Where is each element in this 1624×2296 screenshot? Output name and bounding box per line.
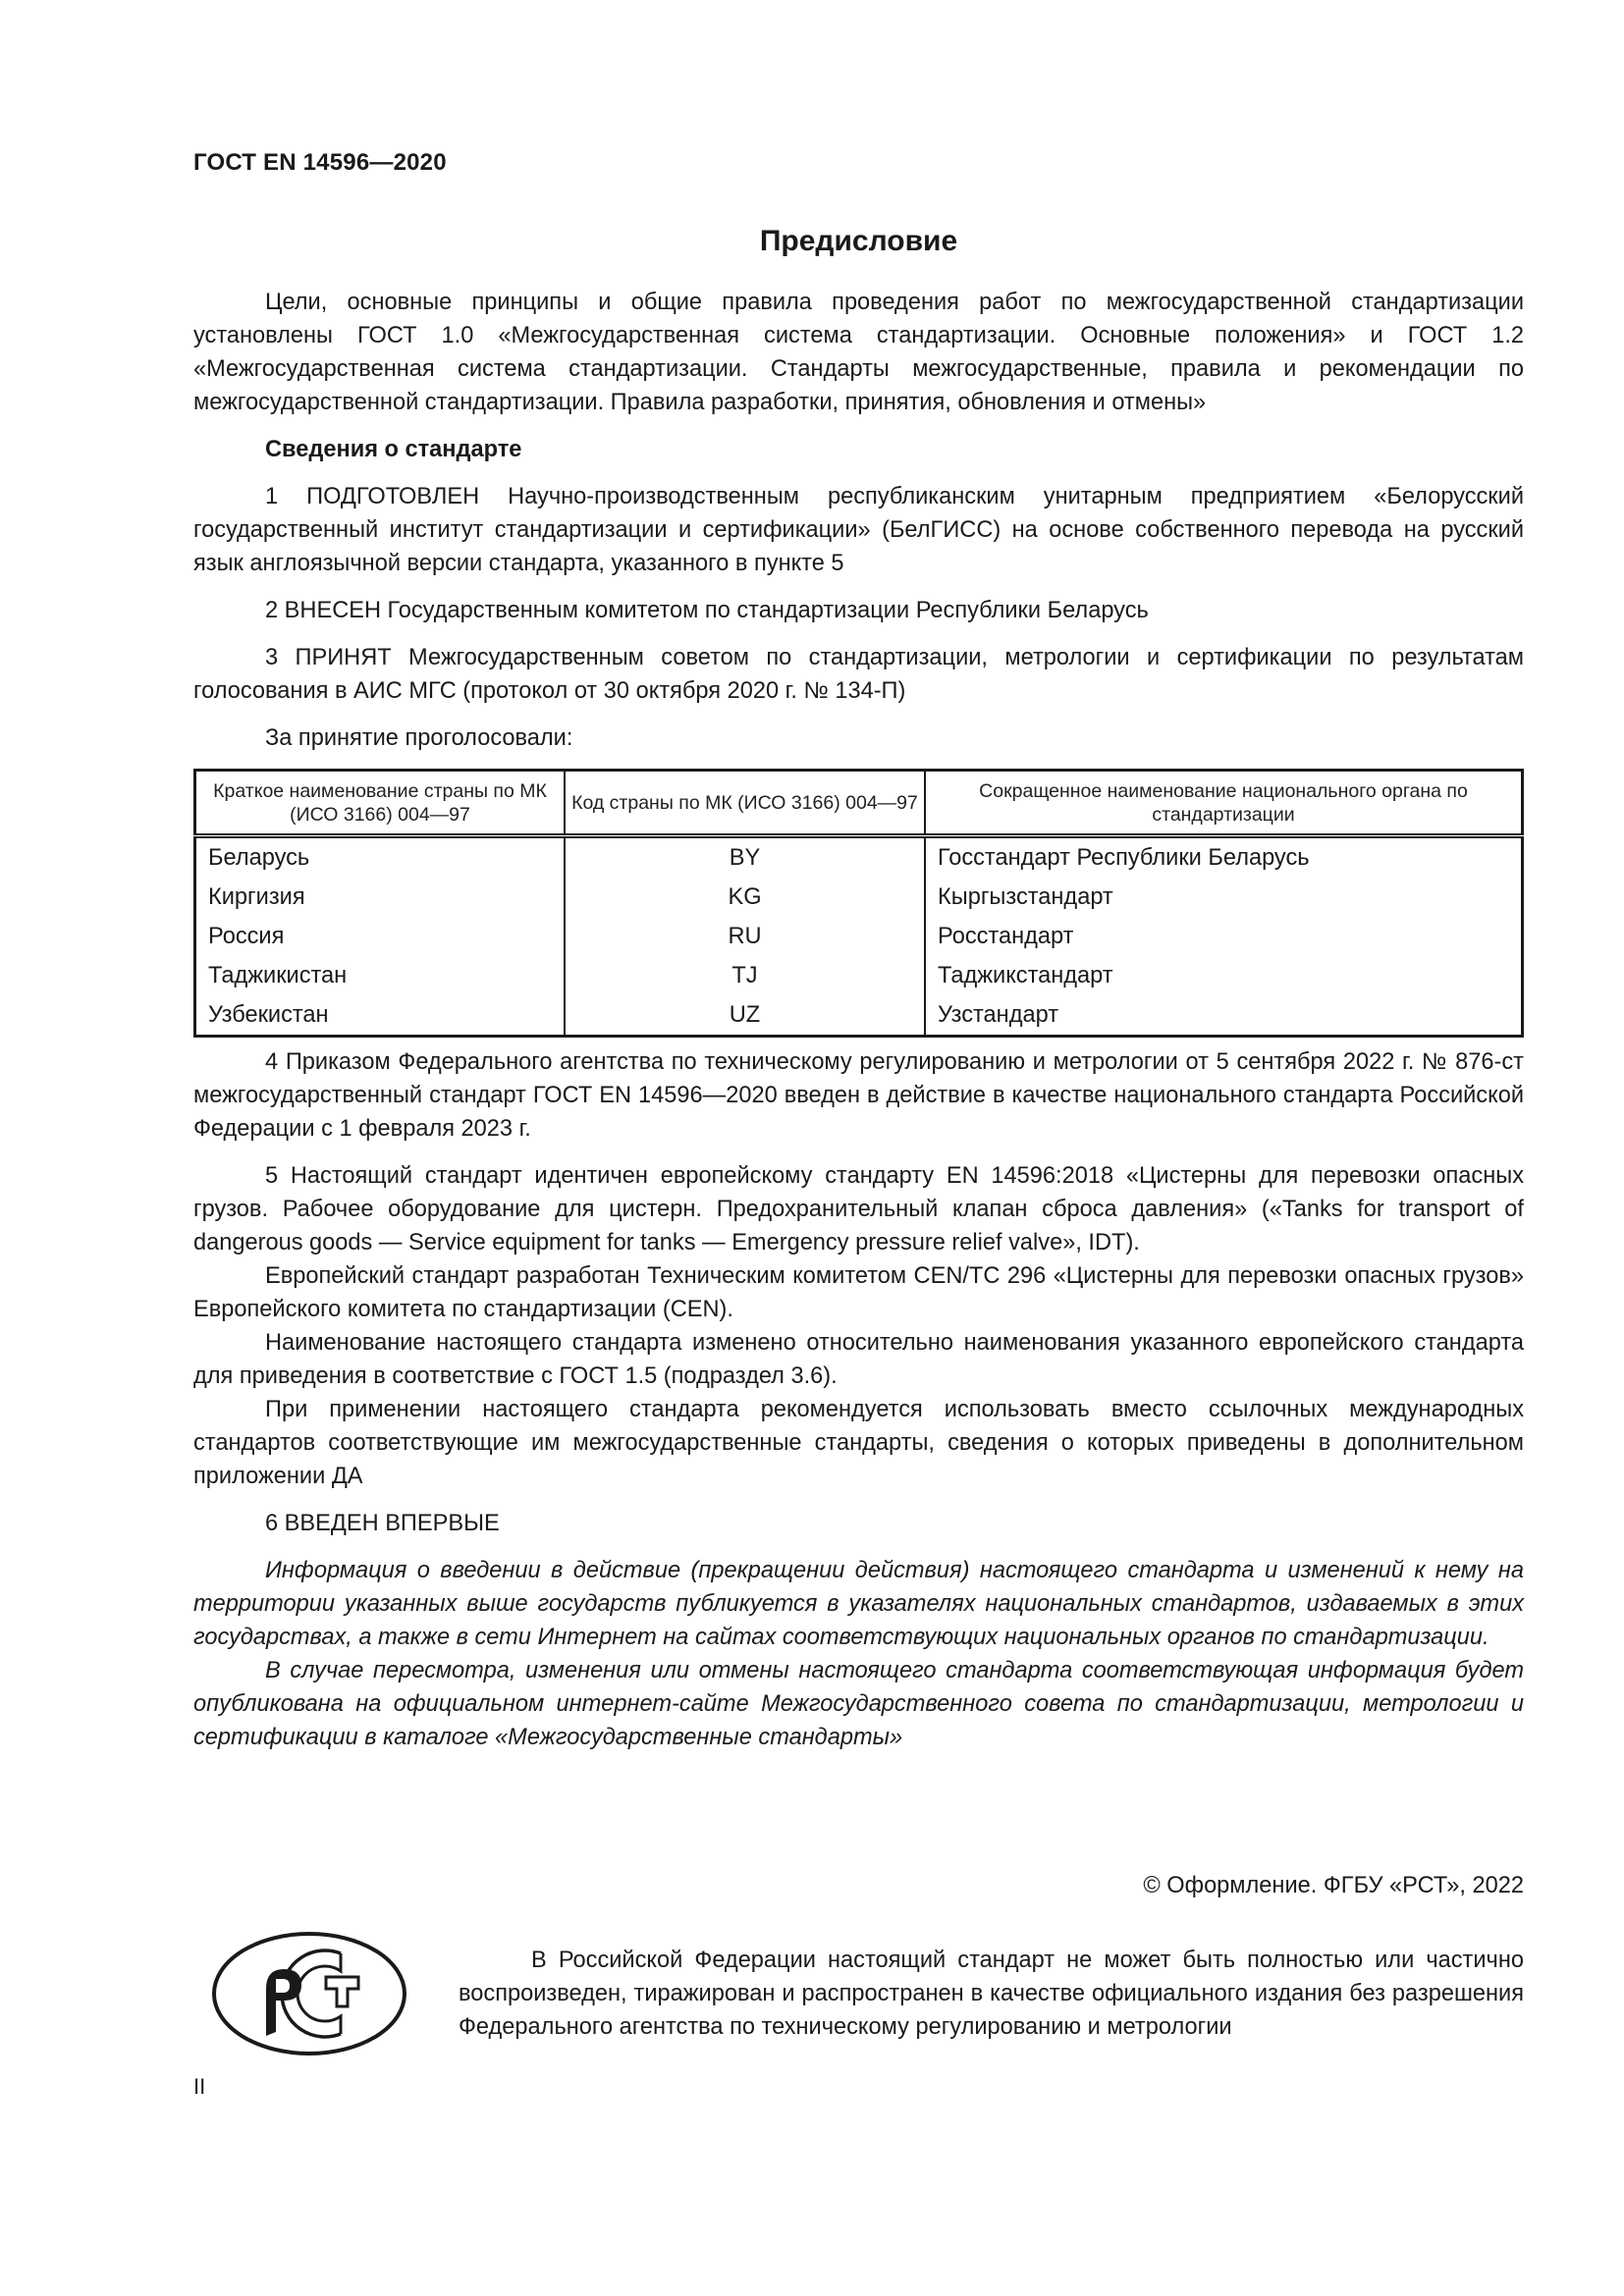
column-header-body: Сокращенное наименование национального о…: [925, 771, 1523, 836]
cell-code: TJ: [565, 956, 925, 995]
item-5-identical: 5 Настоящий стандарт идентичен европейск…: [193, 1159, 1524, 1259]
item-1-prepared: 1 ПОДГОТОВЛЕН Научно-производственным ре…: [193, 480, 1524, 580]
cell-country: Таджикистан: [195, 956, 566, 995]
table-header-row: Краткое наименование страны по МК (ИСО 3…: [195, 771, 1523, 836]
item-3-adopted: 3 ПРИНЯТ Межгосударственным советом по с…: [193, 641, 1524, 708]
table-row: РоссияRUРосстандарт: [195, 917, 1523, 956]
cell-code: BY: [565, 836, 925, 879]
cell-code: KG: [565, 878, 925, 917]
voted-label: За принятие проголосовали:: [193, 721, 1524, 755]
column-header-code: Код страны по МК (ИСО 3166) 004—97: [565, 771, 925, 836]
table-row: БеларусьBYГосстандарт Республики Беларус…: [195, 836, 1523, 879]
cell-standards-body: Узстандарт: [925, 995, 1523, 1037]
item-5-references: При применении настоящего стандарта реко…: [193, 1393, 1524, 1493]
cell-country: Узбекистан: [195, 995, 566, 1037]
cell-standards-body: Росстандарт: [925, 917, 1523, 956]
table-row: ТаджикистанTJТаджикстандарт: [195, 956, 1523, 995]
section-heading: Сведения о стандарте: [193, 433, 1524, 466]
column-header-country: Краткое наименование страны по МК (ИСО 3…: [195, 771, 566, 836]
page-title: Предисловие: [193, 225, 1524, 258]
cell-country: Беларусь: [195, 836, 566, 879]
item-2-submitted: 2 ВНЕСЕН Государственным комитетом по ст…: [193, 594, 1524, 627]
cell-code: RU: [565, 917, 925, 956]
cell-country: Киргизия: [195, 878, 566, 917]
foreword-body: Цели, основные принципы и общие правила …: [193, 286, 1524, 1754]
rst-logo-icon: [211, 1930, 407, 2057]
info-paragraph-2: В случае пересмотра, изменения или отмен…: [193, 1654, 1524, 1754]
cell-standards-body: Госстандарт Республики Беларусь: [925, 836, 1523, 879]
page-number: II: [193, 2074, 205, 2100]
cell-standards-body: Кыргызстандарт: [925, 878, 1523, 917]
item-4-order: 4 Приказом Федерального агентства по тех…: [193, 1045, 1524, 1146]
cell-code: UZ: [565, 995, 925, 1037]
item-5-name-change: Наименование настоящего стандарта измене…: [193, 1326, 1524, 1393]
info-paragraph-1: Информация о введении в действие (прекра…: [193, 1554, 1524, 1654]
cell-country: Россия: [195, 917, 566, 956]
item-6-introduced: 6 ВВЕДЕН ВПЕРВЫЕ: [193, 1507, 1524, 1540]
table-row: УзбекистанUZУзстандарт: [195, 995, 1523, 1037]
item-5-developer: Европейский стандарт разработан Техничес…: [193, 1259, 1524, 1326]
document-code: ГОСТ EN 14596—2020: [193, 149, 447, 177]
table-row: КиргизияKGКыргызстандарт: [195, 878, 1523, 917]
notice-text: В Российской Федерации настоящий стандар…: [459, 1944, 1524, 2044]
reproduction-notice: В Российской Федерации настоящий стандар…: [459, 1944, 1524, 2044]
cell-standards-body: Таджикстандарт: [925, 956, 1523, 995]
intro-paragraph: Цели, основные принципы и общие правила …: [193, 286, 1524, 419]
copyright-line: © Оформление. ФГБУ «РСТ», 2022: [1143, 1869, 1524, 1902]
voting-countries-table: Краткое наименование страны по МК (ИСО 3…: [193, 769, 1524, 1038]
